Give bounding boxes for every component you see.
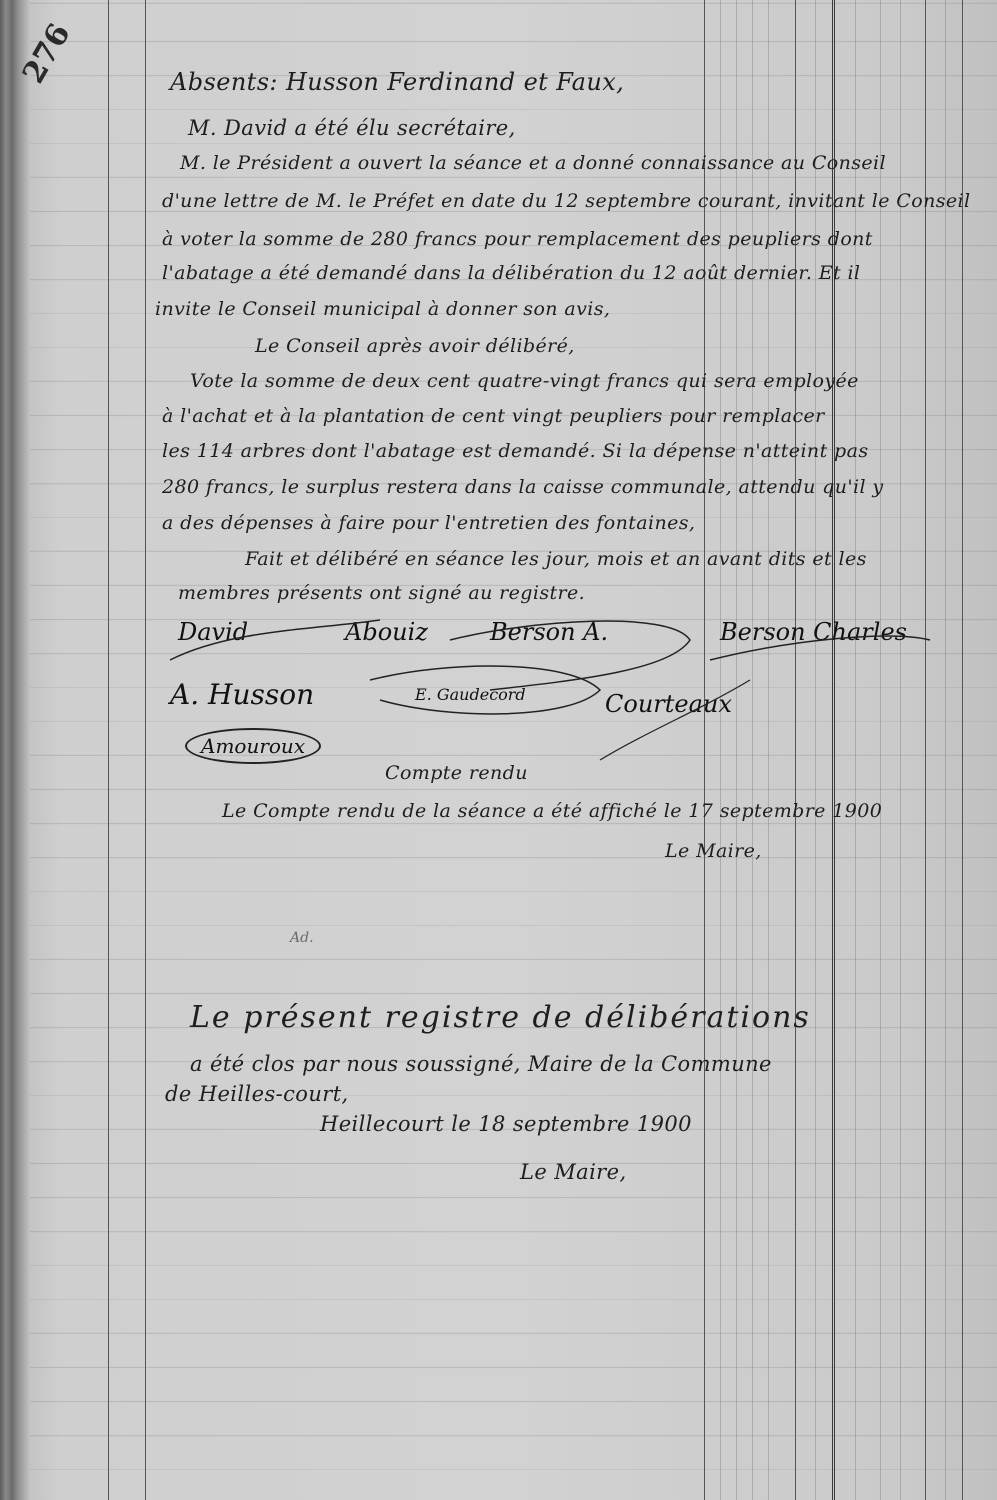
register-page: 276 Absents: Husson Ferdinand et Faux, M… [0, 0, 997, 1500]
faint-mark: Ad. [290, 930, 314, 946]
signature-flourishes [150, 600, 950, 780]
absents-line: Absents: Husson Ferdinand et Faux, [170, 68, 624, 96]
president-line-2: d'une lettre de M. le Préfet en date du … [162, 190, 970, 212]
column-line [962, 0, 963, 1500]
vote-line-2: à l'achat et à la plantation de cent vin… [162, 405, 825, 427]
president-line-4: l'abatage a été demandé dans la délibéra… [162, 262, 860, 284]
closing-line-1: Fait et délibéré en séance les jour, moi… [245, 548, 867, 570]
president-line-5: invite le Conseil municipal à donner son… [155, 298, 610, 320]
secretary-line: M. David a été élu secrétaire, [188, 116, 516, 140]
closure-line-3: de Heilles-court, [165, 1082, 349, 1106]
margin-line-inner [145, 0, 146, 1500]
vote-line-3: les 114 arbres dont l'abatage est demand… [162, 440, 868, 462]
compte-rendu-signature: Le Maire, [665, 840, 762, 862]
margin-line-outer [108, 0, 109, 1500]
closure-date-line: Heillecourt le 18 septembre 1900 [320, 1112, 692, 1136]
compte-rendu-text: Le Compte rendu de la séance a été affic… [222, 800, 882, 822]
closure-line-1: Le présent registre de délibérations [190, 1000, 811, 1035]
closure-line-2: a été clos par nous soussigné, Maire de … [190, 1052, 772, 1076]
vote-line-4: 280 francs, le surplus restera dans la c… [162, 476, 884, 498]
compte-rendu-heading: Compte rendu [385, 762, 528, 784]
closure-signature: Le Maire, [520, 1160, 627, 1184]
president-line-3: à voter la somme de 280 francs pour remp… [162, 228, 873, 250]
president-line-1: M. le Président a ouvert la séance et a … [180, 152, 886, 174]
council-line: Le Conseil après avoir délibéré, [255, 335, 575, 357]
vote-line-5: a des dépenses à faire pour l'entretien … [162, 512, 695, 534]
vote-line-1: Vote la somme de deux cent quatre-vingt … [190, 370, 859, 392]
